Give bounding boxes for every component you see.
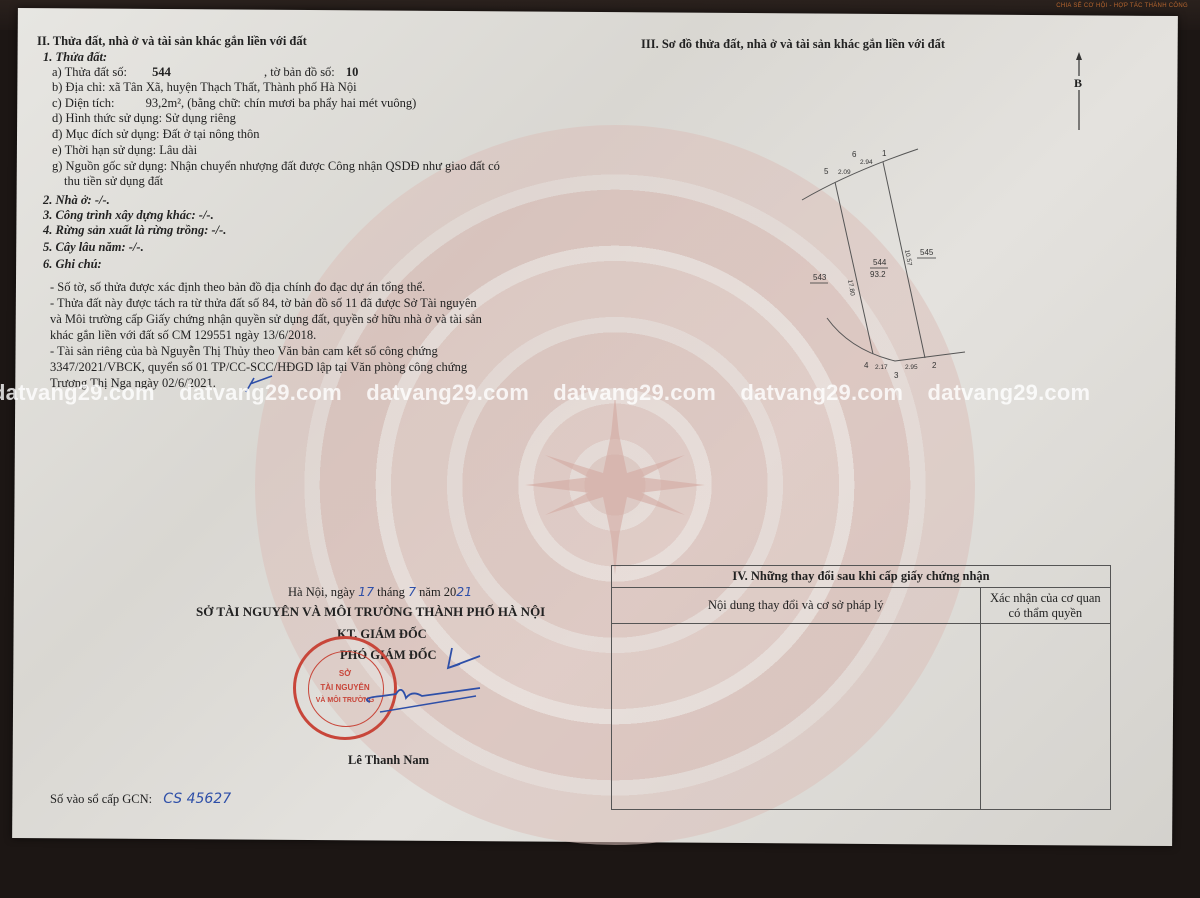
confirmation-column-header: Xác nhận của cơ quan có thẩm quyền [980, 588, 1110, 624]
usage-purpose: đ) Mục đích sử dụng: Đất ở tại nông thôn [52, 127, 259, 142]
house: 2. Nhà ở: -/-. [43, 193, 110, 208]
watermark-text: datvang29.com [179, 380, 342, 405]
watermark-text: datvang29.com [366, 380, 529, 405]
slogan: CHIA SẺ CƠ HỘI - HỢP TÁC THÀNH CÔNG [1056, 3, 1188, 9]
point-2: 2 [932, 361, 937, 370]
year-label: năm 20 [419, 585, 456, 599]
address: b) Địa chỉ: xã Tân Xã, huyện Thạch Thất,… [52, 80, 357, 95]
month-label: tháng [377, 585, 405, 599]
other-construction: 3. Công trình xây dựng khác: -/-. [43, 208, 214, 223]
svg-text:17.80: 17.80 [846, 279, 856, 297]
north-arrow: B [1072, 52, 1086, 137]
usage-term: e) Thời hạn sử dụng: Lâu dài [52, 143, 197, 158]
svg-text:544: 544 [873, 258, 887, 267]
parcel-label: a) Thửa đất số: [52, 65, 127, 79]
section-3-title: III. Sơ đồ thửa đất, nhà ở và tài sản kh… [641, 37, 945, 52]
watermark-text: datvang29.com [553, 380, 716, 405]
section-4-title: IV. Những thay đổi sau khi cấp giấy chứn… [612, 566, 1111, 588]
confirmation-header-line: Xác nhận của cơ quan [981, 591, 1110, 606]
production-forest: 4. Rừng sản xuất là rừng trồng: -/-. [43, 223, 226, 238]
changes-table: IV. Những thay đổi sau khi cấp giấy chứn… [611, 565, 1111, 810]
map-sheet-label: , tờ bản đồ số: [264, 65, 335, 79]
confirmation-content-cell [980, 624, 1110, 810]
svg-text:2.94: 2.94 [860, 159, 873, 166]
watermark-text: datvang29.com [0, 380, 155, 405]
changes-column-header: Nội dung thay đổi và cơ sở pháp lý [612, 588, 981, 624]
issue-date: Hà Nội, ngày 17 tháng 7 năm 2021 [288, 584, 472, 600]
parcel-diagram: 5 6 1 2.09 2.94 17.80 10.57 544 93.2 543… [790, 140, 980, 380]
parcel-number: 544 [152, 65, 171, 79]
registry-label: Số vào sổ cấp GCN: [50, 792, 152, 806]
signer-name: Lê Thanh Nam [348, 753, 429, 768]
north-arrow-icon [1072, 52, 1086, 132]
svg-text:545: 545 [920, 248, 934, 257]
agency-name: SỞ TÀI NGUYÊN VÀ MÔI TRƯỜNG THÀNH PHỐ HÀ… [196, 604, 545, 619]
note-line: - Tài sản riêng của bà Nguyễn Thị Thủy t… [50, 344, 438, 359]
date-year: 21 [456, 584, 472, 599]
svg-text:2.95: 2.95 [905, 364, 918, 371]
origin-line-1: g) Nguồn gốc sử dụng: Nhận chuyển nhượng… [52, 159, 500, 174]
signature-icon [330, 640, 490, 720]
svg-text:93.2: 93.2 [870, 270, 886, 279]
watermark-text: datvang29.com [927, 380, 1090, 405]
point-4: 4 [864, 361, 869, 370]
note-line: - Thửa đất này được tách ra từ thửa đất … [50, 296, 477, 311]
svg-text:2.17: 2.17 [875, 364, 888, 371]
section-2-title: II. Thửa đất, nhà ở và tài sản khác gắn … [37, 34, 307, 49]
origin-line-2: thu tiền sử dụng đất [64, 174, 163, 189]
point-1: 1 [882, 149, 887, 158]
date-day: 17 [358, 584, 374, 599]
date-prefix: Hà Nội, ngày [288, 585, 355, 599]
changes-content-cell [612, 624, 981, 810]
parcel-number-row: a) Thửa đất số: 544 , tờ bản đồ số: 10 [52, 65, 358, 80]
svg-text:2.09: 2.09 [838, 169, 851, 176]
note-line: khác gắn liền với đất số CM 129551 ngày … [50, 328, 316, 343]
point-5: 5 [824, 167, 829, 176]
notes-heading: 6. Ghi chú: [43, 257, 102, 272]
usage-form: d) Hình thức sử dụng: Sử dụng riêng [52, 111, 236, 126]
map-sheet-number: 10 [346, 65, 359, 79]
north-label: B [1074, 76, 1082, 91]
confirmation-header-line: có thẩm quyền [981, 606, 1110, 621]
note-line: - Số tờ, số thửa được xác định theo bản … [50, 280, 425, 295]
area-label: c) Diện tích: [52, 96, 114, 110]
svg-text:543: 543 [813, 273, 827, 282]
perennial-trees: 5. Cây lâu năm: -/-. [43, 240, 144, 255]
date-month: 7 [408, 584, 416, 599]
drum-star-icon [515, 385, 715, 585]
registry-row: Số vào sổ cấp GCN: CS 45627 [50, 792, 231, 807]
watermark-strip: datvang29.com datvang29.com datvang29.co… [0, 380, 1200, 406]
watermark-text: datvang29.com [740, 380, 903, 405]
area-row: c) Diện tích: 93,2m², (bằng chữ: chín mư… [52, 96, 416, 111]
point-3: 3 [894, 371, 899, 380]
note-line: và Môi trường cấp Giấy chứng nhận quyền … [50, 312, 482, 327]
registry-value: CS 45627 [163, 791, 231, 807]
area-value: 93,2m², (bằng chữ: chín mươi ba phẩy hai… [146, 96, 417, 110]
land-heading: 1. Thửa đất: [43, 50, 107, 65]
point-6: 6 [852, 150, 857, 159]
